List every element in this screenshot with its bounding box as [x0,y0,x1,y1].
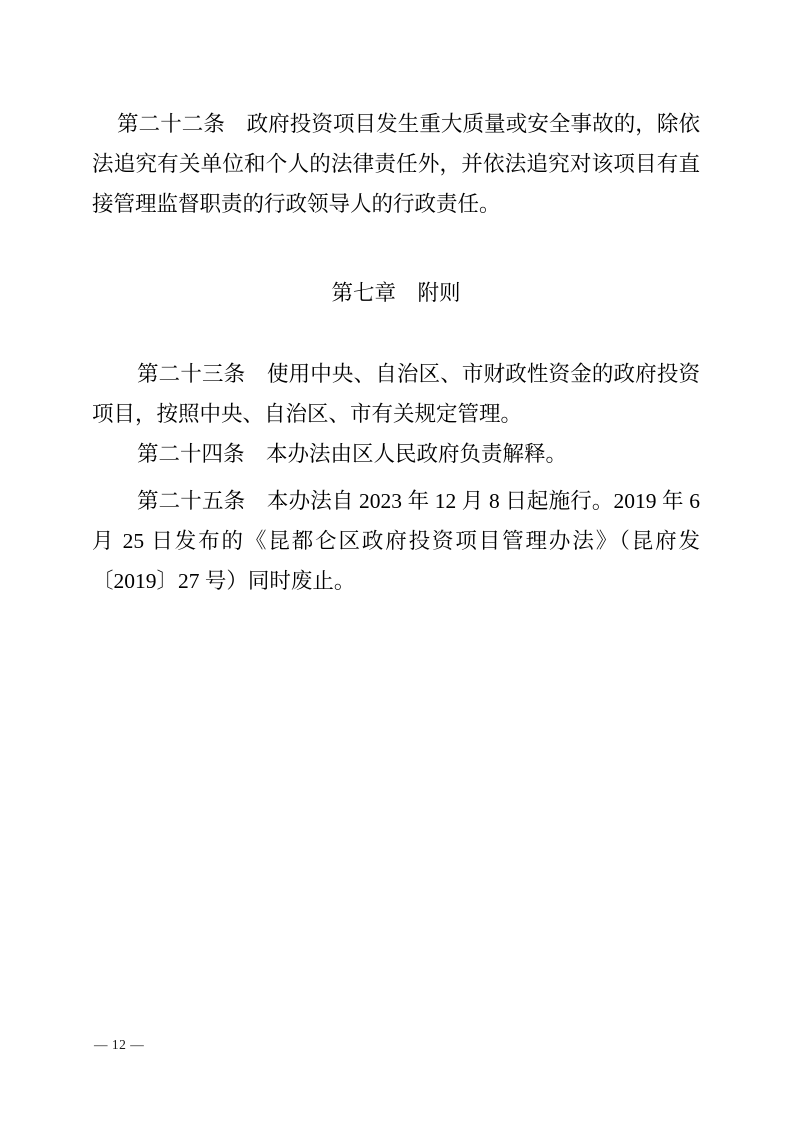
article-22: 第二十二条 政府投资项目发生重大质量或安全事故的，除依 法追究有关单位和个人的法… [92,104,700,224]
article-23-line-2: 项目，按照中央、自治区、市有关规定管理。 [92,394,700,434]
article-23: 第二十三条 使用中央、自治区、市财政性资金的政府投资 项目，按照中央、自治区、市… [92,354,700,434]
document-page: 第二十二条 政府投资项目发生重大质量或安全事故的，除依 法追究有关单位和个人的法… [0,0,793,1122]
article-23-line-1: 第二十三条 使用中央、自治区、市财政性资金的政府投资 [92,354,700,394]
article-22-line-3: 接管理监督职责的行政领导人的行政责任。 [92,184,700,224]
article-25-line-1: 第二十五条 本办法自 2023 年 12 月 8 日起施行。2019 年 6 [92,481,700,521]
article-22-line-2: 法追究有关单位和个人的法律责任外，并依法追究对该项目有直 [92,144,700,184]
article-22-line-1: 第二十二条 政府投资项目发生重大质量或安全事故的，除依 [92,104,700,144]
page-body: 第二十二条 政府投资项目发生重大质量或安全事故的，除依 法追究有关单位和个人的法… [92,104,700,601]
article-24-line-1: 第二十四条 本办法由区人民政府负责解释。 [92,434,700,474]
chapter-7-heading: 第七章 附则 [92,273,700,313]
article-25: 第二十五条 本办法自 2023 年 12 月 8 日起施行。2019 年 6 月… [92,481,700,601]
article-25-line-2: 月 25 日发布的《昆都仑区政府投资项目管理办法》（昆府发 [92,521,700,561]
article-25-line-3: 〔2019〕27 号）同时废止。 [92,561,700,601]
page-number: — 12 — [94,1036,144,1054]
article-24: 第二十四条 本办法由区人民政府负责解释。 [92,434,700,474]
